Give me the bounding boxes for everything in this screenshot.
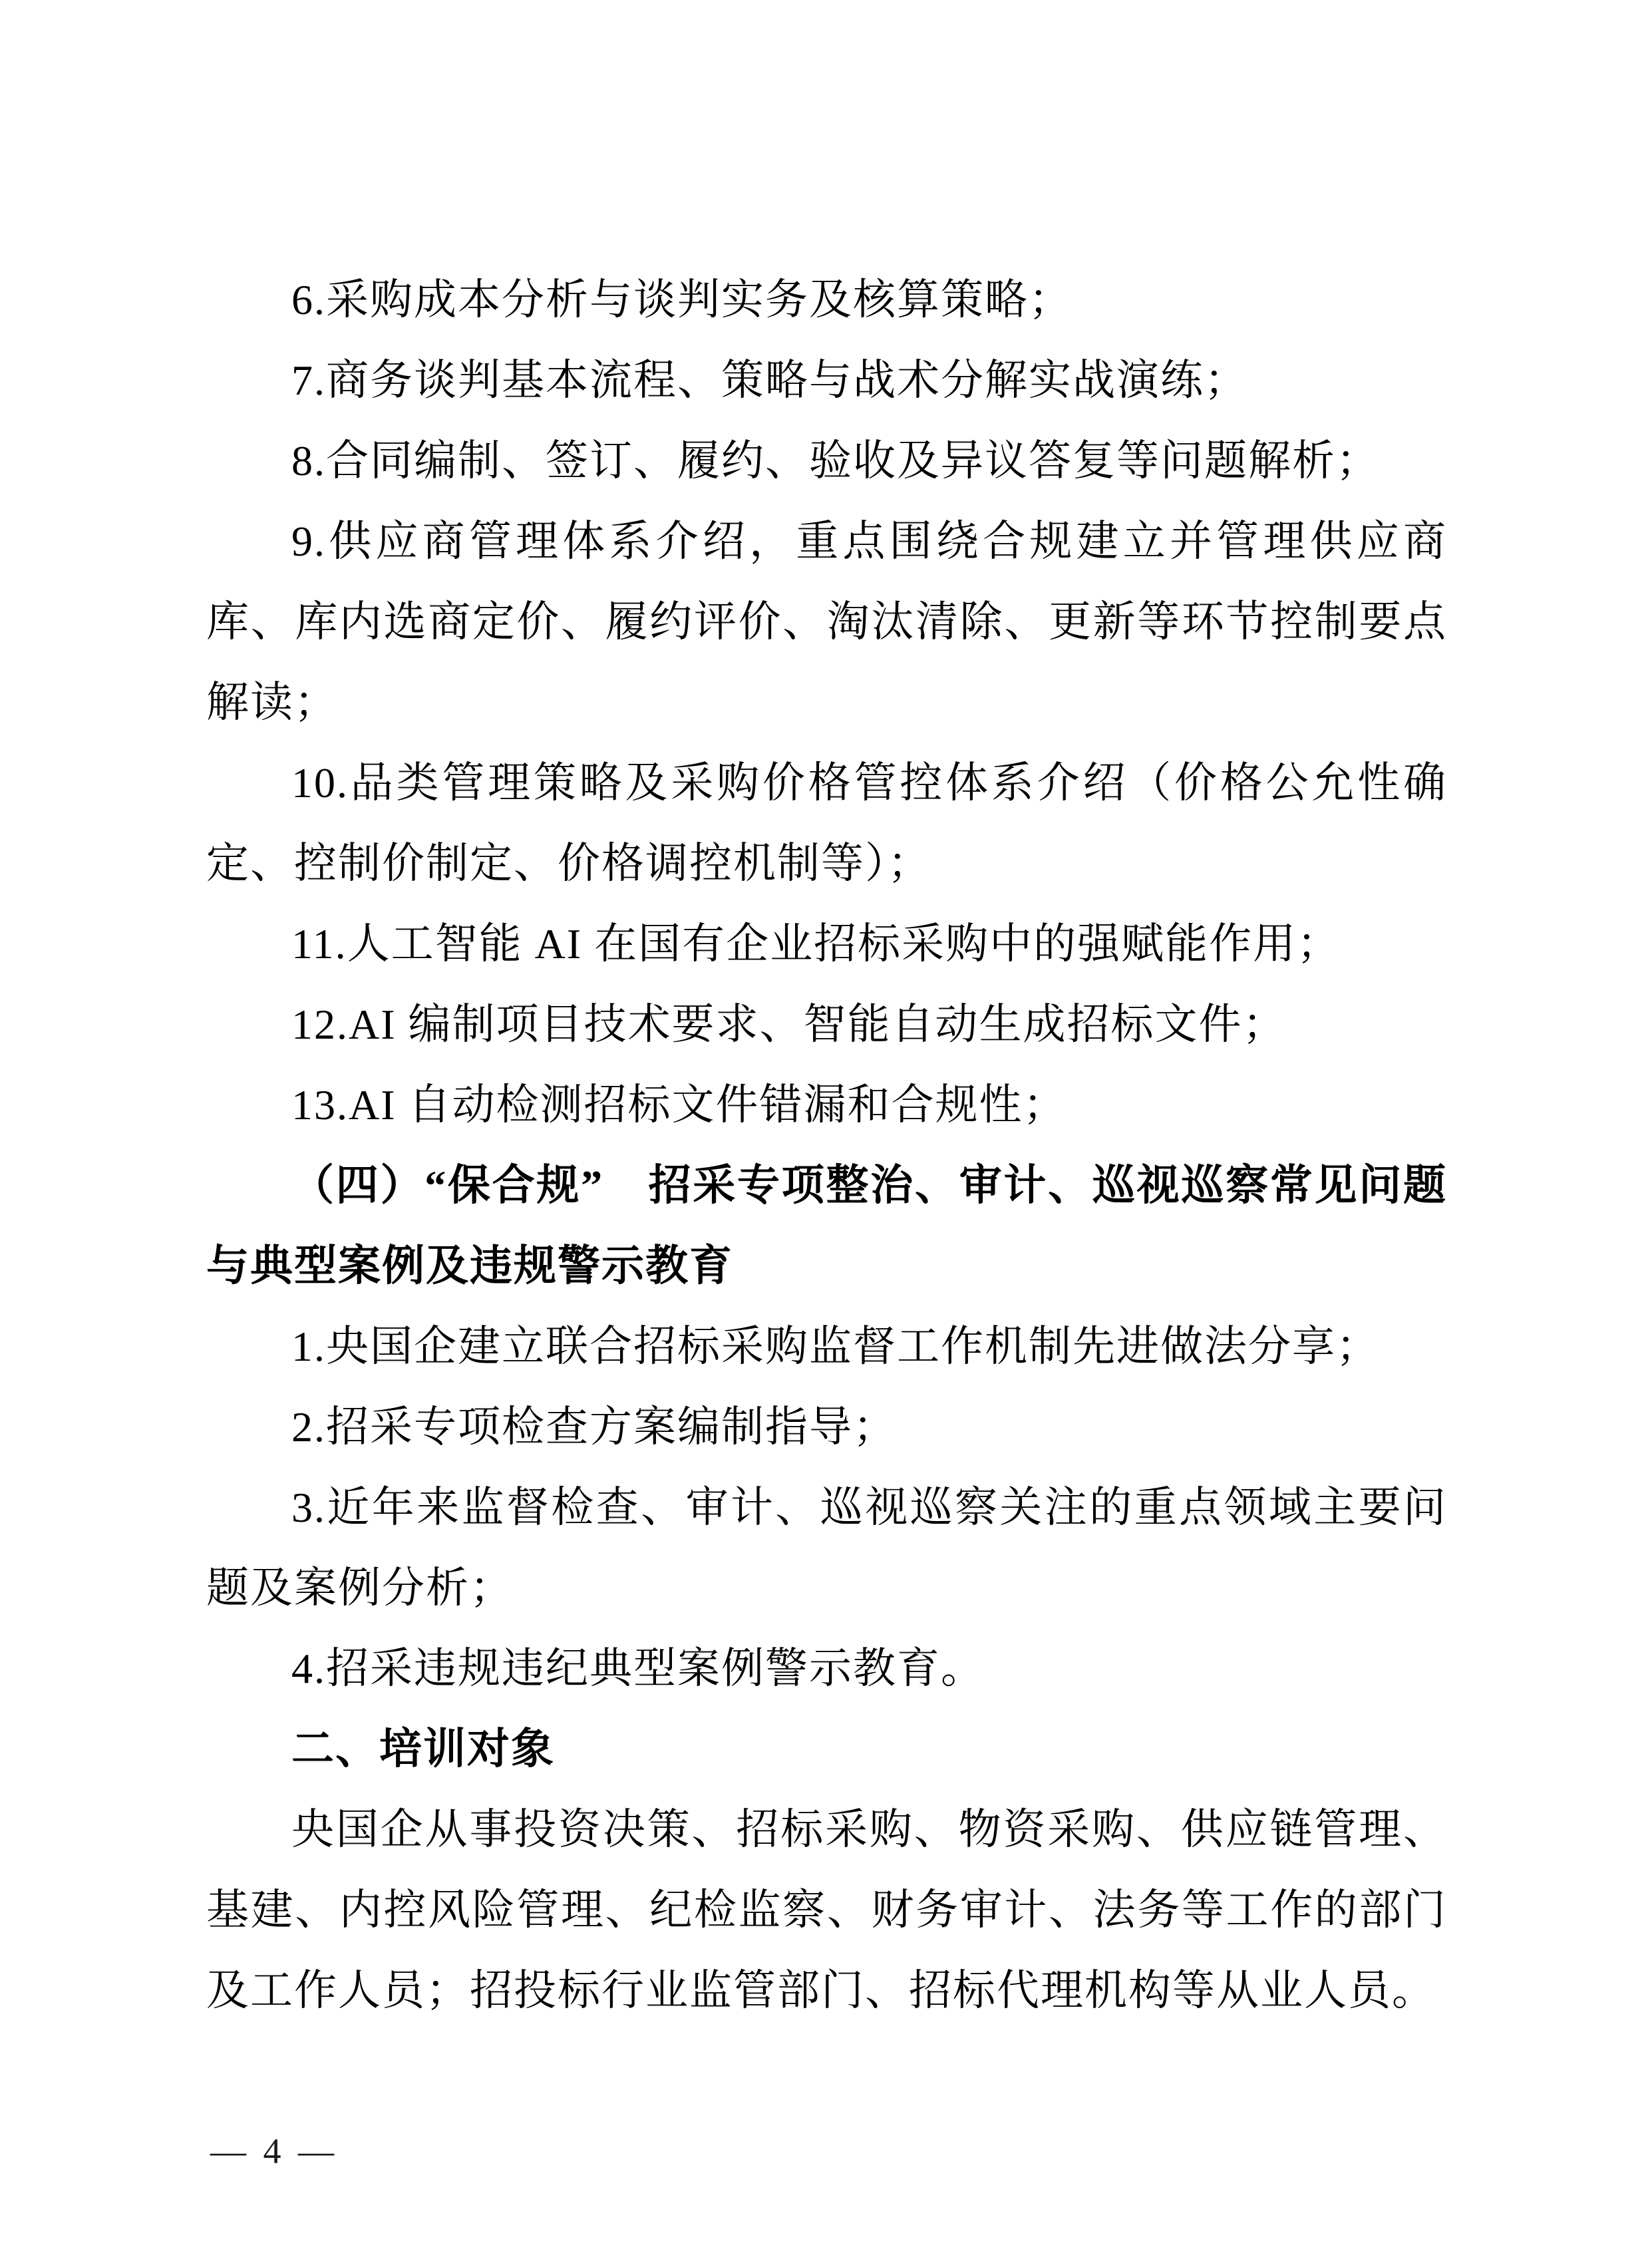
section-heading-4: （四）“保合规” 招采专项整治、审计、巡视巡察常见问题与典型案例及违规警示教育 (206, 1145, 1447, 1306)
list-item-7: 7.商务谈判基本流程、策略与战术分解实战演练； (206, 340, 1447, 421)
sub-item-1: 1.央国企建立联合招标采购监督工作机制先进做法分享； (206, 1306, 1447, 1387)
sub-item-4: 4.招采违规违纪典型案例警示教育。 (206, 1628, 1447, 1709)
section-heading-training-targets: 二、培训对象 (206, 1709, 1447, 1789)
list-item-13: 13.AI 自动检测招标文件错漏和合规性； (206, 1065, 1447, 1145)
list-item-11: 11.人工智能 AI 在国有企业招标采购中的强赋能作用； (206, 904, 1447, 984)
list-item-10: 10.品类管理策略及采购价格管控体系介绍（价格公允性确定、控制价制定、价格调控机… (206, 743, 1447, 904)
document-page: 6.采购成本分析与谈判实务及核算策略； 7.商务谈判基本流程、策略与战术分解实战… (0, 0, 1652, 2251)
sub-item-2: 2.招采专项检查方案编制指导； (206, 1387, 1447, 1467)
list-item-6: 6.采购成本分析与谈判实务及核算策略； (206, 260, 1447, 340)
page-number: — 4 — (210, 2128, 338, 2174)
paragraph-training-targets: 央国企从事投资决策、招标采购、物资采购、供应链管理、基建、内控风险管理、纪检监察… (206, 1789, 1447, 2031)
sub-item-3: 3.近年来监督检查、审计、巡视巡察关注的重点领域主要问题及案例分析； (206, 1467, 1447, 1628)
list-item-12: 12.AI 编制项目技术要求、智能自动生成招标文件； (206, 984, 1447, 1065)
document-body: 6.采购成本分析与谈判实务及核算策略； 7.商务谈判基本流程、策略与战术分解实战… (206, 260, 1447, 2031)
list-item-9: 9.供应商管理体系介绍，重点围绕合规建立并管理供应商库、库内选商定价、履约评价、… (206, 501, 1447, 743)
list-item-8: 8.合同编制、签订、履约、验收及异议答复等问题解析； (206, 421, 1447, 501)
